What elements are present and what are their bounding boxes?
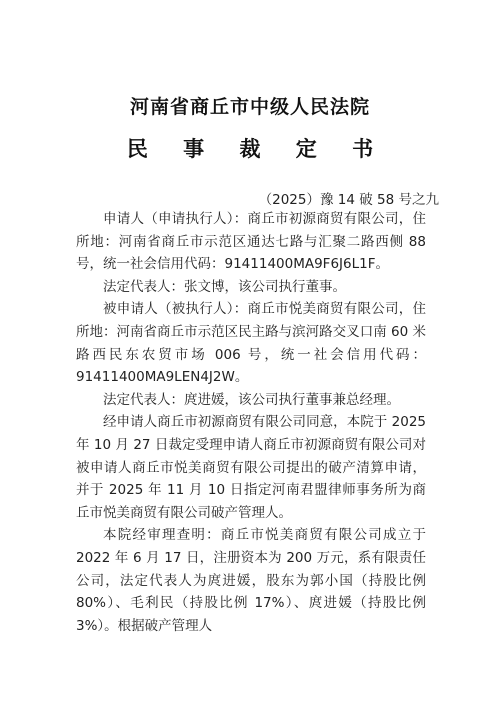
document-type-title: 民 事 裁 定 书: [0, 133, 500, 163]
paragraph-respondent: 被申请人（被执行人）：商丘市悦美商贸有限公司，住所地：河南省商丘市示范区民主路与…: [76, 298, 426, 388]
document-body: 申请人（申请执行人）：商丘市初源商贸有限公司，住所地：河南省商丘市示范区通达七路…: [76, 208, 426, 637]
paragraph-respondent-representative: 法定代表人：庹进媛，该公司执行董事兼总经理。: [76, 389, 426, 412]
court-name: 河南省商丘市中级人民法院: [0, 92, 500, 119]
paragraph-findings: 本院经审理查明：商丘市悦美商贸有限公司成立于 2022 年 6 月 17 日，注…: [76, 524, 426, 637]
paragraph-applicant: 申请人（申请执行人）：商丘市初源商贸有限公司，住所地：河南省商丘市示范区通达七路…: [76, 208, 426, 276]
case-number: （2025）豫 14 破 58 号之九: [259, 188, 439, 208]
paragraph-applicant-representative: 法定代表人：张文博，该公司执行董事。: [76, 276, 426, 299]
paragraph-case-acceptance: 经申请人商丘市初源商贸有限公司同意，本院于 2025 年 10 月 27 日裁定…: [76, 411, 426, 524]
document-page: 河南省商丘市中级人民法院 民 事 裁 定 书 （2025）豫 14 破 58 号…: [0, 0, 500, 707]
